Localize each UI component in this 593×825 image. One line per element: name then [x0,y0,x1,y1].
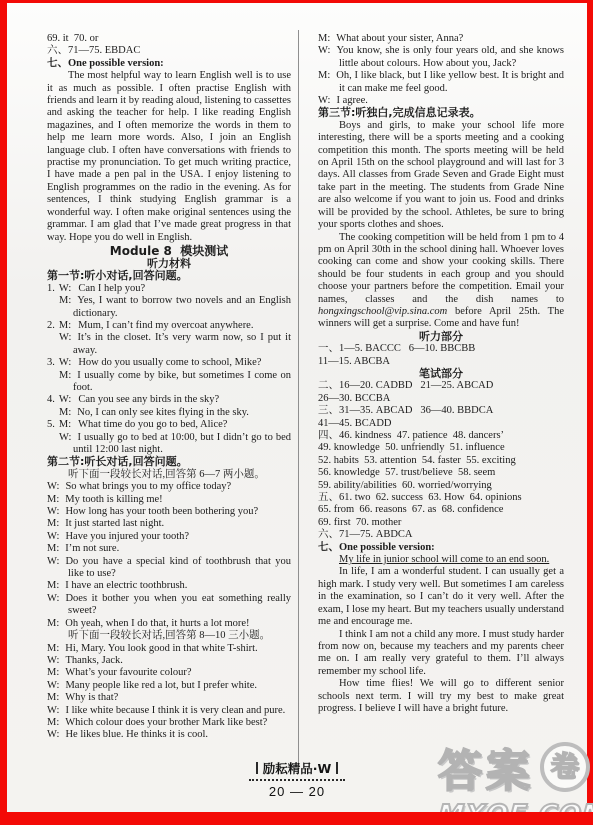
item-number: 2. [47,320,55,331]
dialog-line: W:Many people like red a lot, but I pref… [47,680,291,692]
dialog-item-2: 2.M:Mum, I can’t find my overcoat anywhe… [47,320,291,357]
speaker-label: W: [47,506,59,517]
dialog-line: W:You know, she is only four years old, … [318,45,564,70]
dialog-text: Can you see any birds in the sky? [78,394,219,405]
speaker-label: M: [47,667,59,678]
essay-paragraph: In life, I am a wonderful student. I can… [318,566,564,628]
bottom-red-bar [0,812,593,825]
dialog-text: Have you injured your tooth? [65,531,189,542]
dialog-text: My tooth is killing me! [65,494,162,505]
dialog-text: I usually come by bike, but sometimes I … [73,370,291,393]
dialog-text: I have an electric toothbrush. [65,580,187,591]
dialog-line: M:It just started last night. [47,518,291,530]
dialog-text: I agree. [336,95,367,106]
speaker-label: W: [59,332,71,343]
dialog-text: What about your sister, Anna? [336,33,463,44]
right-column: M:What about your sister, Anna?W:You kno… [318,33,564,715]
speaker-label: M: [47,494,59,505]
answer-line: 41—45. BCADD [318,418,564,430]
dialog-line: 4.W:Can you see any birds in the sky? [47,394,291,406]
item-number: 3. [47,357,55,368]
dialog-text: You know, she is only four years old, an… [336,45,564,68]
answer-line: 二、16—20. CADBD 21—25. ABCAD [318,380,564,392]
answer-line: 65. from 66. reasons 67. as 68. confiden… [318,504,564,516]
answer-line: 五、61. two 62. success 63. How 64. opinio… [318,492,564,504]
speaker-label: W: [318,95,330,106]
speaker-label: M: [47,543,59,554]
essay-paragraph: How time flies! We will go to different … [318,678,564,715]
dialog-line: M:Oh yeah, when I do that, it hurts a lo… [47,618,291,630]
answer-line: 56. knowledge 57. trust/believe 58. seem [318,467,564,479]
brand-logo: 励耘精品·W [249,759,346,781]
dialog-line: 3.W:How do you usually come to school, M… [47,357,291,369]
dialog-text: Which colour does your brother Mark like… [65,717,267,728]
dialog-text: Oh, I like black, but I like yellow best… [336,70,564,93]
speaker-label: M: [47,692,59,703]
paragraph-text: The cooking competition will be held fro… [318,232,564,305]
speaker-label: W: [47,705,59,716]
dialog-line: M:My tooth is killing me! [47,494,291,506]
dialog-text: He likes blue. He thinks it is cool. [65,729,208,740]
dialog-line: W:Thanks, Jack. [47,655,291,667]
answer-line: 26—30. BCCBA [318,393,564,405]
dialog-text: I’m not sure. [65,543,119,554]
page-number: 20 — 20 [217,784,377,799]
dialog-text: Can I help you? [78,283,145,294]
dialog-text: How do you usually come to school, Mike? [78,357,261,368]
dialog-line: 2.M:Mum, I can’t find my overcoat anywhe… [47,320,291,332]
writing-heading: 七、One possible version: [318,542,564,554]
dialog-text: Oh yeah, when I do that, it hurts a lot … [65,618,249,629]
dialog-line: 1.W:Can I help you? [47,283,291,295]
speaker-label: M: [47,618,59,629]
answer-line: 69. first 70. mother [318,517,564,529]
dialog-line: M:I have an electric toothbrush. [47,580,291,592]
section-1-heading: 第一节:听小对话,回答问题。 [47,270,291,282]
dialog-text: I usually go to bed at 10:00, but I didn… [73,432,291,455]
dialog-text: It’s in the closet. It’s very warm now, … [73,332,291,355]
writing-heading: 七、One possible version: [47,58,291,70]
speaker-label: W: [47,655,59,666]
dialog-line: M:Why is that? [47,692,291,704]
speaker-label: M: [47,580,59,591]
dialog-line: W:Have you injured your tooth? [47,531,291,543]
essay-paragraph: I think I am not a child any more. I mus… [318,629,564,679]
dialog-line: W:I like white because I think it is ver… [47,705,291,717]
item-number: 5. [47,419,55,430]
dialog-text: Many people like red a lot, but I prefer… [65,680,257,691]
speaker-label: M: [47,643,59,654]
dialog-line: M:Hi, Mary. You look good in that white … [47,643,291,655]
dialog-line: M:Oh, I like black, but I like yellow be… [318,70,564,95]
speaker-label: W: [47,593,59,604]
dialog-line: W:Does it bother you when you eat someth… [47,593,291,618]
dialog-line: M:What about your sister, Anna? [318,33,564,45]
speaker-label: M: [59,320,71,331]
listening-part-title: 听力部分 [318,331,564,343]
written-part-title: 笔试部分 [318,368,564,380]
dialog-text: Does it bother you when you eat somethin… [65,593,291,616]
section-3-heading: 第三节:听独白,完成信息记录表。 [318,107,564,119]
dialog-text: Thanks, Jack. [65,655,122,666]
speaker-label: M: [59,370,71,381]
speaker-label: W: [59,432,71,443]
answer-line: 59. ability/abilities 60. worried/worryi… [318,480,564,492]
speaker-label: W: [47,729,59,740]
dialog-item-5: 5.M:What time do you go to bed, Alice?W:… [47,419,291,456]
email-address: hongxingschool@vip.sina.com [318,306,447,317]
speaker-label: M: [318,70,330,81]
answer-line: 四、46. kindness 47. patience 48. dancers’ [318,430,564,442]
essay-paragraph: The most helpful way to learn English we… [47,70,291,244]
answer-line: 一、1—5. BACCC 6—10. BBCBB [318,343,564,355]
item-number: 1. [47,283,55,294]
module-title: Module 8 模块测试 [47,244,291,258]
instruction-line: 听下面一段较长对话,回答第 8—10 三小题。 [47,630,291,642]
speaker-label: W: [59,357,71,368]
dialog-text: What time do you go to bed, Alice? [78,419,227,430]
dialog-text: Mum, I can’t find my overcoat anywhere. [78,320,253,331]
brand-bar-icon [256,762,258,774]
monologue-paragraph: Boys and girls, to make your school life… [318,120,564,232]
answer-line: 69. it 70. or [47,33,291,45]
dialog-item-4: 4.W:Can you see any birds in the sky?M:N… [47,394,291,419]
speaker-label: M: [47,518,59,529]
watermark-circle-badge-icon: 卷 [540,742,590,792]
answer-line: 六、71—75. EBDAC [47,45,291,57]
dialog-text: Yes, I want to borrow two novels and an … [73,295,291,318]
speaker-label: W: [47,481,59,492]
dialog-line: W:So what brings you to my office today? [47,481,291,493]
dialog-line: 5.M:What time do you go to bed, Alice? [47,419,291,431]
dialog-text: I like white because I think it is very … [65,705,285,716]
speaker-label: M: [318,33,330,44]
dialog-text: Hi, Mary. You look good in that white T-… [65,643,257,654]
dialog-text: No, I can only see kites flying in the s… [77,407,249,418]
speaker-label: M: [59,295,71,306]
dialog-line: W:He likes blue. He thinks it is cool. [47,729,291,741]
answer-line: 三、31—35. ABCAD 36—40. BBDCA [318,405,564,417]
dialog-line: M:I usually come by bike, but sometimes … [47,370,291,395]
speaker-label: M: [59,407,71,418]
dialog-line: M:What’s your favourite colour? [47,667,291,679]
dialog-text: So what brings you to my office today? [65,481,231,492]
dialog-text: It just started last night. [65,518,164,529]
item-number: 4. [47,394,55,405]
essay-opening-underlined: My life in junior school will come to an… [318,554,564,566]
instruction-line: 听下面一段较长对话,回答第 6—7 两小题。 [47,469,291,481]
left-column: 69. it 70. or六、71—75. EBDAC七、One possibl… [47,33,291,742]
dialog-text: How long has your tooth been bothering y… [65,506,258,517]
watermark-row: 答案 卷 [438,735,593,799]
speaker-label: W: [47,556,59,567]
dialog-line: M:Yes, I want to borrow two novels and a… [47,295,291,320]
dialog-line: W:I usually go to bed at 10:00, but I di… [47,432,291,457]
dialog-line: M:No, I can only see kites flying in the… [47,407,291,419]
dialog-text: Do you have a special kind of toothbrush… [65,556,291,579]
section-2-heading: 第二节:听长对话,回答问题。 [47,456,291,468]
speaker-label: W: [59,283,71,294]
dialog-line: W:It’s in the closet. It’s very warm now… [47,332,291,357]
speaker-label: M: [47,717,59,728]
speaker-label: W: [47,531,59,542]
dialog-text: What’s your favourite colour? [65,667,191,678]
dialog-line: M:Which colour does your brother Mark li… [47,717,291,729]
column-divider [298,30,299,763]
watermark-text: 答案 [438,735,534,799]
answer-line: 49. knowledge 50. unfriendly 51. influen… [318,442,564,454]
monologue-paragraph: The cooking competition will be held fro… [318,232,564,331]
speaker-label: W: [59,394,71,405]
brand-bar-icon [336,762,338,774]
scanned-answer-page: { "meta": { "brand": "励耘精品·W", "page_num… [0,0,593,825]
speaker-label: W: [47,680,59,691]
dialog-item-1: 1.W:Can I help you?M:Yes, I want to borr… [47,283,291,320]
brand-text: 励耘精品·W [263,761,332,776]
dialog-item-3: 3.W:How do you usually come to school, M… [47,357,291,394]
dialog-line: W:Do you have a special kind of toothbru… [47,556,291,581]
answer-line: 六、71—75. ABDCA [318,529,564,541]
answer-line: 52. habits 53. attention 54. faster 55. … [318,455,564,467]
page-footer: 励耘精品·W 20 — 20 [217,759,377,799]
dialog-line: W:How long has your tooth been bothering… [47,506,291,518]
dialog-line: M:I’m not sure. [47,543,291,555]
dialog-text: Why is that? [65,692,118,703]
speaker-label: M: [59,419,71,430]
speaker-label: W: [318,45,330,56]
